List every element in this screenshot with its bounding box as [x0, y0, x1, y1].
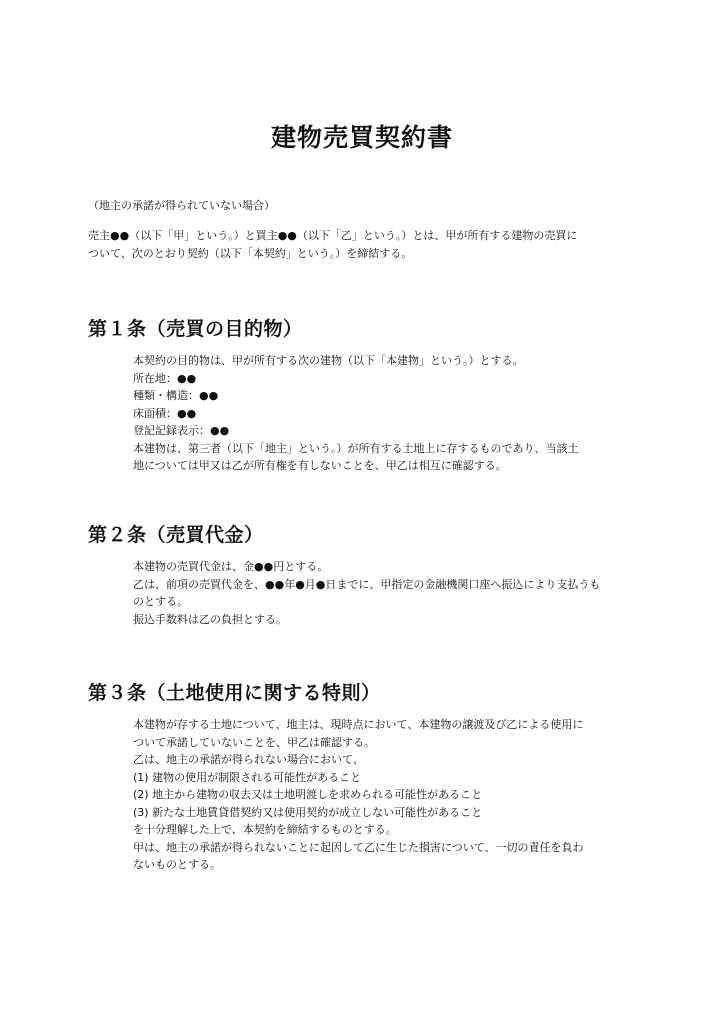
article-line: 本建物の売買代金は、金●●円とする。 — [133, 558, 648, 576]
article-1: 第１条（売買の目的物） 本契約の目的物は、甲が所有する次の建物（以下「本建物」と… — [88, 316, 648, 475]
article-line: 本建物が存する土地について、地主は、現時点において、本建物の譲渡及び乙による使用… — [133, 716, 648, 734]
article-line: ついて承諾していないことを、甲乙は確認する。 — [133, 734, 648, 752]
article-line: 振込手数料は乙の負担とする。 — [133, 611, 648, 629]
article-body: 本契約の目的物は、甲が所有する次の建物（以下「本建物」という。）とする。 所在地… — [133, 352, 648, 475]
article-line: 種類・構造：●● — [133, 387, 648, 405]
intro-paragraph: 売主●●（以下「甲」という。）と買主●●（以下「乙」という。）とは、甲が所有する… — [88, 227, 648, 263]
article-line: 地については甲又は乙が所有権を有しないことを、甲乙は相互に確認する。 — [133, 457, 648, 475]
article-line: (1) 建物の使用が制限される可能性があること — [133, 769, 648, 787]
intro-line: ついて、次のとおり契約（以下「本契約」という。）を締結する。 — [88, 245, 648, 263]
intro-line: 売主●●（以下「甲」という。）と買主●●（以下「乙」という。）とは、甲が所有する… — [88, 227, 648, 245]
article-line: 床面積：●● — [133, 405, 648, 423]
article-line: 甲は、地主の承諾が得られないことに起因して乙に生じた損害について、一切の責任を負… — [133, 839, 648, 857]
document-title: 建物売買契約書 — [0, 118, 724, 154]
article-heading: 第１条（売買の目的物） — [88, 316, 648, 342]
article-heading: 第２条（売買代金） — [88, 522, 648, 548]
article-line: 本契約の目的物は、甲が所有する次の建物（以下「本建物」という。）とする。 — [133, 352, 648, 370]
article-line: を十分理解した上で、本契約を締結するものとする。 — [133, 821, 648, 839]
article-body: 本建物が存する土地について、地主は、現時点において、本建物の譲渡及び乙による使用… — [133, 716, 648, 874]
article-3: 第３条（土地使用に関する特則） 本建物が存する土地について、地主は、現時点におい… — [88, 680, 648, 874]
article-line: 乙は、前項の売買代金を、●●年●月●日までに、甲指定の金融機関口座へ振込により支… — [133, 576, 648, 594]
article-line: 登記記録表示：●● — [133, 422, 648, 440]
article-line: 所在地：●● — [133, 370, 648, 388]
article-2: 第２条（売買代金） 本建物の売買代金は、金●●円とする。 乙は、前項の売買代金を… — [88, 522, 648, 628]
article-heading: 第３条（土地使用に関する特則） — [88, 680, 648, 706]
article-line: 本建物は、第三者（以下「地主」という。）が所有する土地上に存するものであり、当該… — [133, 440, 648, 458]
document-note: （地主の承諾が得られていない場合） — [88, 197, 275, 213]
article-line: (3) 新たな土地賃貸借契約又は使用契約が成立しない可能性があること — [133, 804, 648, 822]
article-line: 乙は、地主の承諾が得られない場合において、 — [133, 751, 648, 769]
article-line: ないものとする。 — [133, 856, 648, 874]
article-line: (2) 地主から建物の収去又は土地明渡しを求められる可能性があること — [133, 786, 648, 804]
article-line: のとする。 — [133, 593, 648, 611]
article-body: 本建物の売買代金は、金●●円とする。 乙は、前項の売買代金を、●●年●月●日まで… — [133, 558, 648, 628]
